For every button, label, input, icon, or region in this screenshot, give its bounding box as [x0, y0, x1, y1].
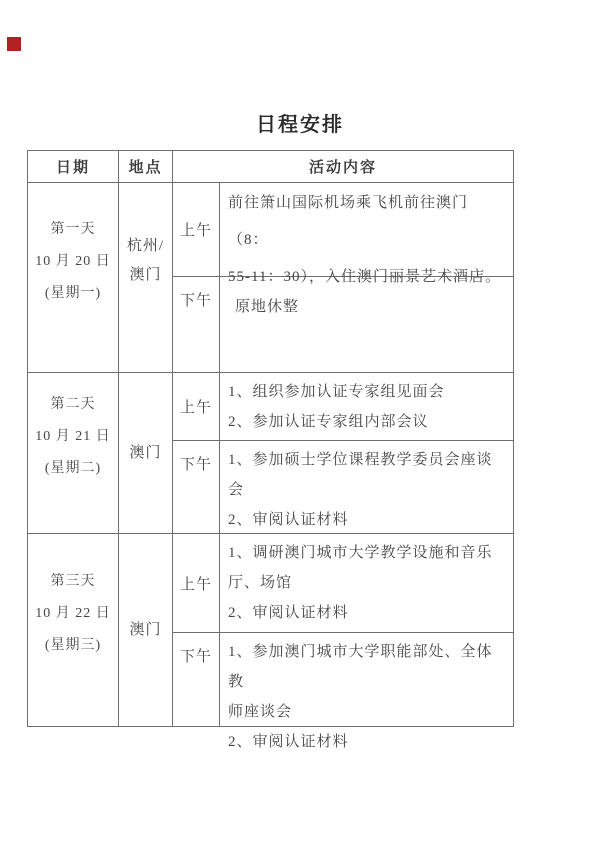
date-text-day1: 第一天 10 月 20 日 (星期一)	[35, 214, 111, 310]
activity-day1-afternoon: 原地休整	[220, 277, 513, 372]
location-cell-day2: 澳门	[119, 373, 173, 533]
header-cell-content: 活动内容	[173, 151, 513, 182]
table-header-row: 日期 地点 活动内容	[28, 151, 513, 183]
period-label-day1-afternoon: 下午	[173, 277, 220, 372]
red-square-marker	[7, 37, 21, 51]
document-page: 日程安排 日期 地点 活动内容 第一天 10 月 20 日 (星期一) 杭州/ …	[0, 0, 600, 859]
date-cell-day1: 第一天 10 月 20 日 (星期一)	[28, 183, 119, 372]
activity-day2-afternoon: 1、参加硕士学位课程教学委员会座谈 会 2、审阅认证材料	[220, 441, 513, 533]
activity-day3-afternoon: 1、参加澳门城市大学职能部处、全体教 师座谈会 2、审阅认证材料	[220, 633, 513, 726]
day1-afternoon-row: 下午 原地休整	[173, 277, 513, 372]
day3-morning-row: 上午 1、调研澳门城市大学教学设施和音乐 厅、场馆 2、审阅认证材料	[173, 534, 513, 633]
date-text-day2: 第二天 10 月 21 日 (星期二)	[35, 389, 111, 485]
day2-morning-row: 上午 1、组织参加认证专家组见面会 2、参加认证专家组内部会议	[173, 373, 513, 441]
activity-day2-morning: 1、组织参加认证专家组见面会 2、参加认证专家组内部会议	[220, 373, 513, 440]
table-row-day1: 第一天 10 月 20 日 (星期一) 杭州/ 澳门 上午 前往箫山国际机场乘飞…	[28, 183, 513, 373]
table-row-day3: 第三天 10 月 22 日 (星期三) 澳门 上午 1、调研澳门城市大学教学设施…	[28, 534, 513, 726]
period-label-day2-morning: 上午	[173, 373, 220, 440]
day2-afternoon-row: 下午 1、参加硕士学位课程教学委员会座谈 会 2、审阅认证材料	[173, 441, 513, 533]
day1-morning-row: 上午 前往箫山国际机场乘飞机前往澳门（8： 55-11：30），入住澳门丽景艺术…	[173, 183, 513, 277]
period-label-day3-afternoon: 下午	[173, 633, 220, 726]
date-cell-day3: 第三天 10 月 22 日 (星期三)	[28, 534, 119, 726]
table-row-day2: 第二天 10 月 21 日 (星期二) 澳门 上午 1、组织参加认证专家组见面会…	[28, 373, 513, 534]
schedule-table: 日期 地点 活动内容 第一天 10 月 20 日 (星期一) 杭州/ 澳门 上午…	[27, 150, 514, 727]
activity-day1-morning: 前往箫山国际机场乘飞机前往澳门（8： 55-11：30），入住澳门丽景艺术酒店。	[220, 183, 513, 276]
location-text-day1: 杭州/ 澳门	[127, 232, 164, 290]
header-cell-location: 地点	[119, 151, 173, 182]
day3-afternoon-row: 下午 1、参加澳门城市大学职能部处、全体教 师座谈会 2、审阅认证材料	[173, 633, 513, 726]
date-cell-day2: 第二天 10 月 21 日 (星期二)	[28, 373, 119, 533]
location-text-day3: 澳门	[129, 616, 161, 645]
period-label-day3-morning: 上午	[173, 534, 220, 632]
header-cell-date: 日期	[28, 151, 119, 182]
period-label-day2-afternoon: 下午	[173, 441, 220, 533]
page-title: 日程安排	[0, 108, 600, 137]
activity-day3-morning: 1、调研澳门城市大学教学设施和音乐 厅、场馆 2、审阅认证材料	[220, 534, 513, 632]
location-cell-day3: 澳门	[119, 534, 173, 726]
date-text-day3: 第三天 10 月 22 日 (星期三)	[35, 566, 111, 662]
period-label-day1-morning: 上午	[173, 183, 220, 276]
location-cell-day1: 杭州/ 澳门	[119, 183, 173, 372]
location-text-day2: 澳门	[129, 439, 161, 468]
